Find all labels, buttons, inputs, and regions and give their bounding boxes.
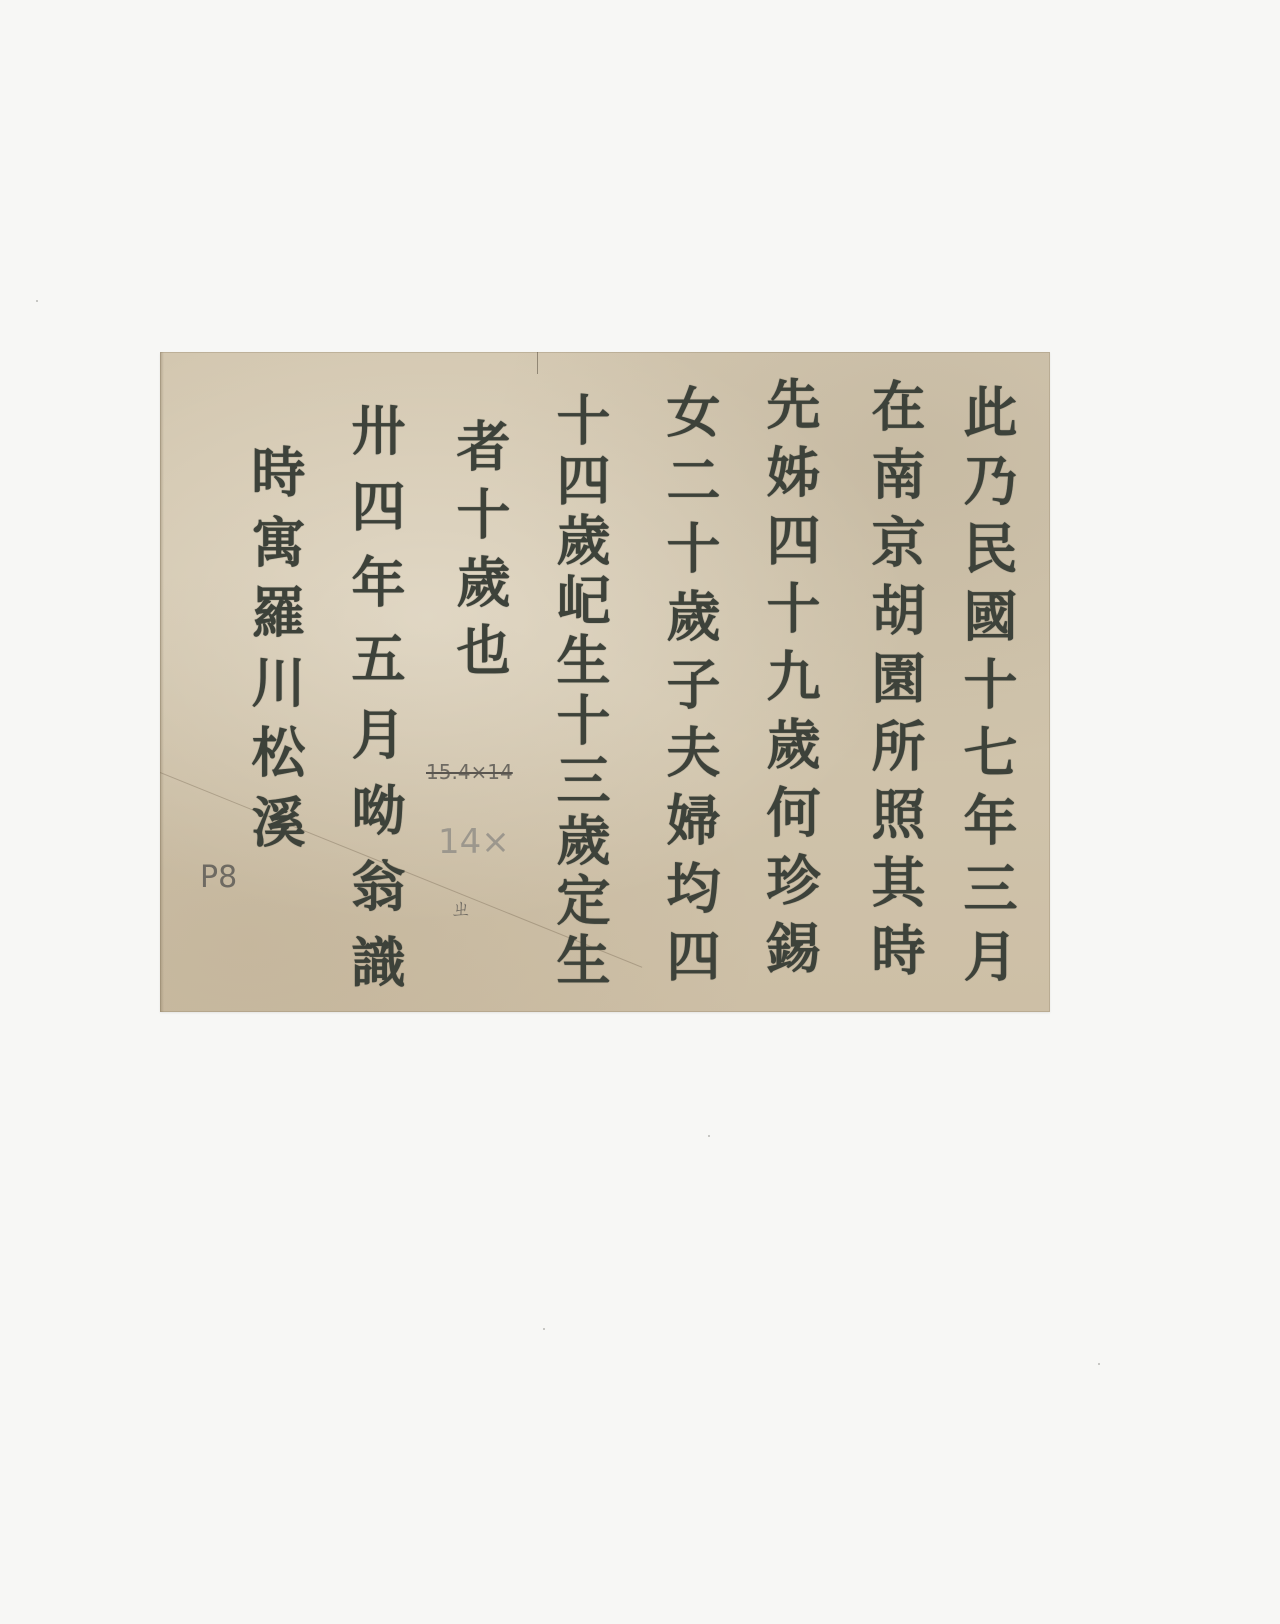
inscription-column-1: 此乃民國十七年三月 — [960, 384, 1014, 996]
inscription-column-5: 十四歲屺生十三歲定生 — [553, 392, 607, 992]
inscription-column-2: 在南京胡園所照其時 — [868, 378, 922, 990]
inscription-column-4: 女二十歲子夫婦均四 — [663, 384, 717, 996]
inscription-column-7: 卅四年五月呦翁識 — [348, 402, 402, 1010]
pencil-size-note-struck: 15.4×14 — [426, 760, 513, 784]
pencil-mark: ㄓ — [450, 892, 472, 923]
scan-speck — [708, 1135, 710, 1137]
inscription-column-3: 先姊四十九歲何珍錫 — [763, 376, 817, 988]
scan-speck — [36, 300, 38, 302]
aged-paper-card: 此乃民國十七年三月 在南京胡園所照其時 先姊四十九歲何珍錫 女二十歲子夫婦均四 … — [160, 352, 1050, 1012]
scan-speck — [543, 1328, 545, 1330]
paper-edge-shading — [160, 352, 164, 1012]
scan-speck — [1098, 1363, 1100, 1365]
inscription-column-8: 時寓羅川松溪 — [248, 444, 302, 864]
inscription-column-6: 者十歲也 — [453, 418, 507, 690]
top-edge-tear — [537, 352, 538, 374]
pencil-size-note: 14× — [438, 822, 510, 862]
pencil-catalog-number: P8 — [200, 860, 237, 895]
